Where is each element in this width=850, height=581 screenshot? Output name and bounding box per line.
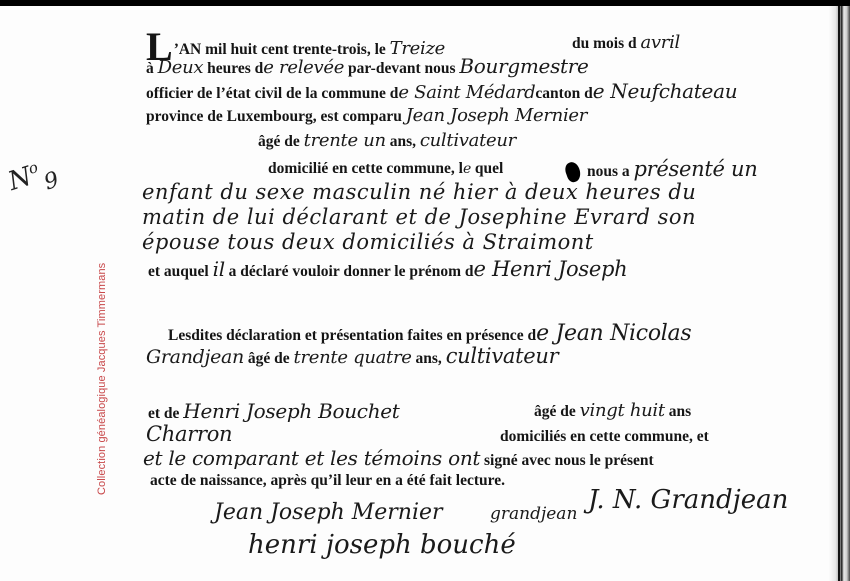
- form-text: âgé de: [244, 350, 294, 367]
- form-text: nous a: [587, 163, 634, 180]
- form-text: et auquel: [148, 263, 213, 280]
- form-line-14-text: domiciliés en cette commune, et: [500, 428, 709, 446]
- page-edge-line: [838, 6, 840, 581]
- handwritten-body-line-1: enfant du sexe masculin né hier à deux h…: [142, 180, 696, 204]
- form-text: mil huit cent trente-trois, le: [201, 41, 389, 58]
- handwritten-month: avril: [641, 32, 681, 53]
- handwritten-witness2-age: vingt huit: [580, 400, 665, 421]
- form-text: ans,: [386, 133, 420, 150]
- form-line-3: officier de l’état civil de la commune d…: [146, 82, 737, 103]
- signature-declarant: Jean Joseph Mernier: [214, 500, 443, 525]
- form-line-5: âgé de trente un ans, cultivateur: [258, 132, 516, 151]
- collection-watermark: Collection généalogique Jacques Timmerma…: [96, 250, 110, 495]
- handwritten-officer-title: Bourgmestre: [459, 54, 588, 78]
- handwritten-day: Treize: [390, 38, 445, 59]
- handwritten-commune: e Saint Médard: [398, 82, 535, 103]
- handwritten-body-line-2: matin de lui déclarant et de Josephine E…: [142, 205, 696, 229]
- form-line-2: à Deux heures de relevée par-devant nous…: [146, 57, 589, 78]
- handwritten-witness1-firstname: e Jean Nicolas: [536, 321, 691, 346]
- form-text: ans: [665, 403, 691, 420]
- form-line-10: et auquel il a déclaré vouloir donner le…: [148, 260, 627, 281]
- form-text: officier de l’état civil de la commune d: [146, 85, 398, 102]
- handwritten-signed-line: et le comparant et les témoins ont: [143, 446, 480, 470]
- form-text: quel: [471, 160, 503, 177]
- form-line-13-age: âgé de vingt huit ans: [534, 402, 691, 421]
- form-line-13: et de Henri Joseph Bouchet: [148, 402, 400, 423]
- form-line-14: Charron: [146, 425, 232, 446]
- form-text: âgé de: [258, 133, 304, 150]
- handwritten-body-line-3: épouse tous deux domiciliés à Straimont: [142, 230, 594, 254]
- handwritten-witness1-profession: cultivateur: [446, 344, 559, 368]
- signature-witness1: J. N. Grandjean: [588, 485, 788, 515]
- form-text: canton d: [535, 85, 592, 102]
- handwritten-presented: présenté un: [634, 157, 758, 181]
- handwritten-hour: Deux: [158, 57, 204, 78]
- form-text: âgé de: [534, 403, 580, 420]
- signature-witness2: henri joseph bouché: [248, 530, 516, 560]
- signature-grandjean-short: grandjean: [490, 504, 577, 524]
- handwritten-le-quel-suffix: e: [463, 161, 471, 177]
- form-text: domiciliés en cette commune, et: [500, 428, 709, 445]
- form-line-4: province de Luxembourg, est comparu Jean…: [146, 107, 587, 126]
- handwritten-witness2-profession: Charron: [146, 422, 232, 446]
- form-text: ans,: [412, 350, 446, 367]
- form-text: province de Luxembourg, est comparu: [146, 108, 406, 125]
- handwritten-pronoun: il: [213, 257, 225, 281]
- handwritten-time-of-day: e relevée: [263, 57, 344, 78]
- form-line-12: Grandjean âgé de trente quatre ans, cult…: [146, 347, 558, 368]
- form-text: domicilié en cette commune, l: [268, 160, 463, 177]
- form-text: ’AN: [174, 41, 202, 58]
- form-line-1-month: du mois d avril: [572, 34, 680, 53]
- handwritten-witness1-surname: Grandjean: [146, 346, 244, 368]
- form-line-6-cont: nous a présenté un: [587, 160, 757, 181]
- form-text: acte de naissance, après qu’il leur en a…: [150, 472, 505, 489]
- handwritten-witness1-age: trente quatre: [294, 347, 412, 368]
- form-text: et de: [148, 405, 183, 422]
- handwritten-declarant-name: Jean Joseph Mernier: [406, 105, 587, 126]
- handwritten-declarant-age: trente un: [304, 130, 386, 151]
- form-text: signé avec nous le présent: [480, 452, 654, 469]
- handwritten-declarant-profession: cultivateur: [420, 130, 516, 151]
- form-text: du mois d: [572, 35, 637, 52]
- form-text: à: [146, 60, 158, 77]
- form-text: Lesdites déclaration et présentation fai…: [168, 327, 536, 344]
- form-text: par-devant nous: [344, 60, 459, 77]
- handwritten-witness2-name: Henri Joseph Bouchet: [183, 399, 399, 423]
- handwritten-child-name: e Henri Joseph: [474, 257, 628, 281]
- form-line-16: acte de naissance, après qu’il leur en a…: [150, 472, 505, 490]
- handwritten-canton: e Neufchateau: [593, 79, 738, 103]
- form-line-15: et le comparant et les témoins ont signé…: [143, 449, 654, 470]
- form-line-6: domicilié en cette commune, le quel: [268, 160, 503, 178]
- form-text: a déclaré vouloir donner le prénom d: [225, 263, 474, 280]
- form-line-11: Lesdites déclaration et présentation fai…: [168, 325, 691, 345]
- form-text: heures d: [203, 60, 263, 77]
